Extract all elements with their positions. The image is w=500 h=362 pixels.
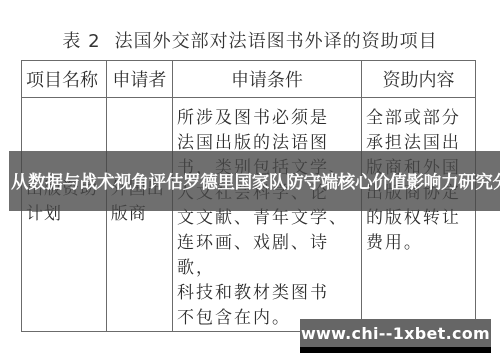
table-caption: 表 2法国外交部对法语图书外译的资助项目 — [0, 27, 500, 53]
table-header-row: 项目名称 申请者 申请条件 资助内容 — [22, 61, 476, 98]
cell-funding: 全部或部分 承担法国出 版商和外国 出版商协定 的版权转让 费用。 — [361, 98, 475, 332]
table-row: 出版资助 计划 外国出 版商 所涉及图书必须是 法国出版的法语图 书，类别包括文… — [22, 98, 476, 332]
watermark-underbar — [300, 347, 491, 353]
header-funding: 资助内容 — [361, 61, 475, 98]
headline-banner: 从数据与战术视角评估罗德里国家队防守端核心价值影响力研究分析 — [9, 151, 500, 211]
text-line: 所涉及图书必须是 — [177, 106, 357, 131]
cell-applicant: 外国出 版商 — [106, 98, 172, 332]
text-line: 全部或部分 — [366, 106, 471, 131]
headline-text: 从数据与战术视角评估罗德里国家队防守端核心价值影响力研究分析 — [9, 169, 500, 194]
cell-conditions: 所涉及图书必须是 法国出版的法语图 书，类别包括文学、 人文社会科学、论 文文献… — [172, 98, 361, 332]
text-line: 费用。 — [366, 231, 471, 256]
header-applicant: 申请者 — [106, 61, 172, 98]
cell-project-name: 出版资助 计划 — [22, 98, 107, 332]
text-line: 连环画、戏剧、诗歌， — [177, 231, 357, 281]
table-number: 表 2 — [62, 31, 100, 52]
header-conditions: 申请条件 — [172, 61, 361, 98]
header-project-name: 项目名称 — [22, 61, 107, 98]
site-watermark: www.chi--1xbet.com — [300, 319, 491, 353]
watermark-text: www.chi--1xbet.com — [301, 324, 490, 343]
text-line: 科技和教材类图书 — [177, 281, 357, 306]
table-title: 法国外交部对法语图书外译的资助项目 — [115, 31, 438, 52]
